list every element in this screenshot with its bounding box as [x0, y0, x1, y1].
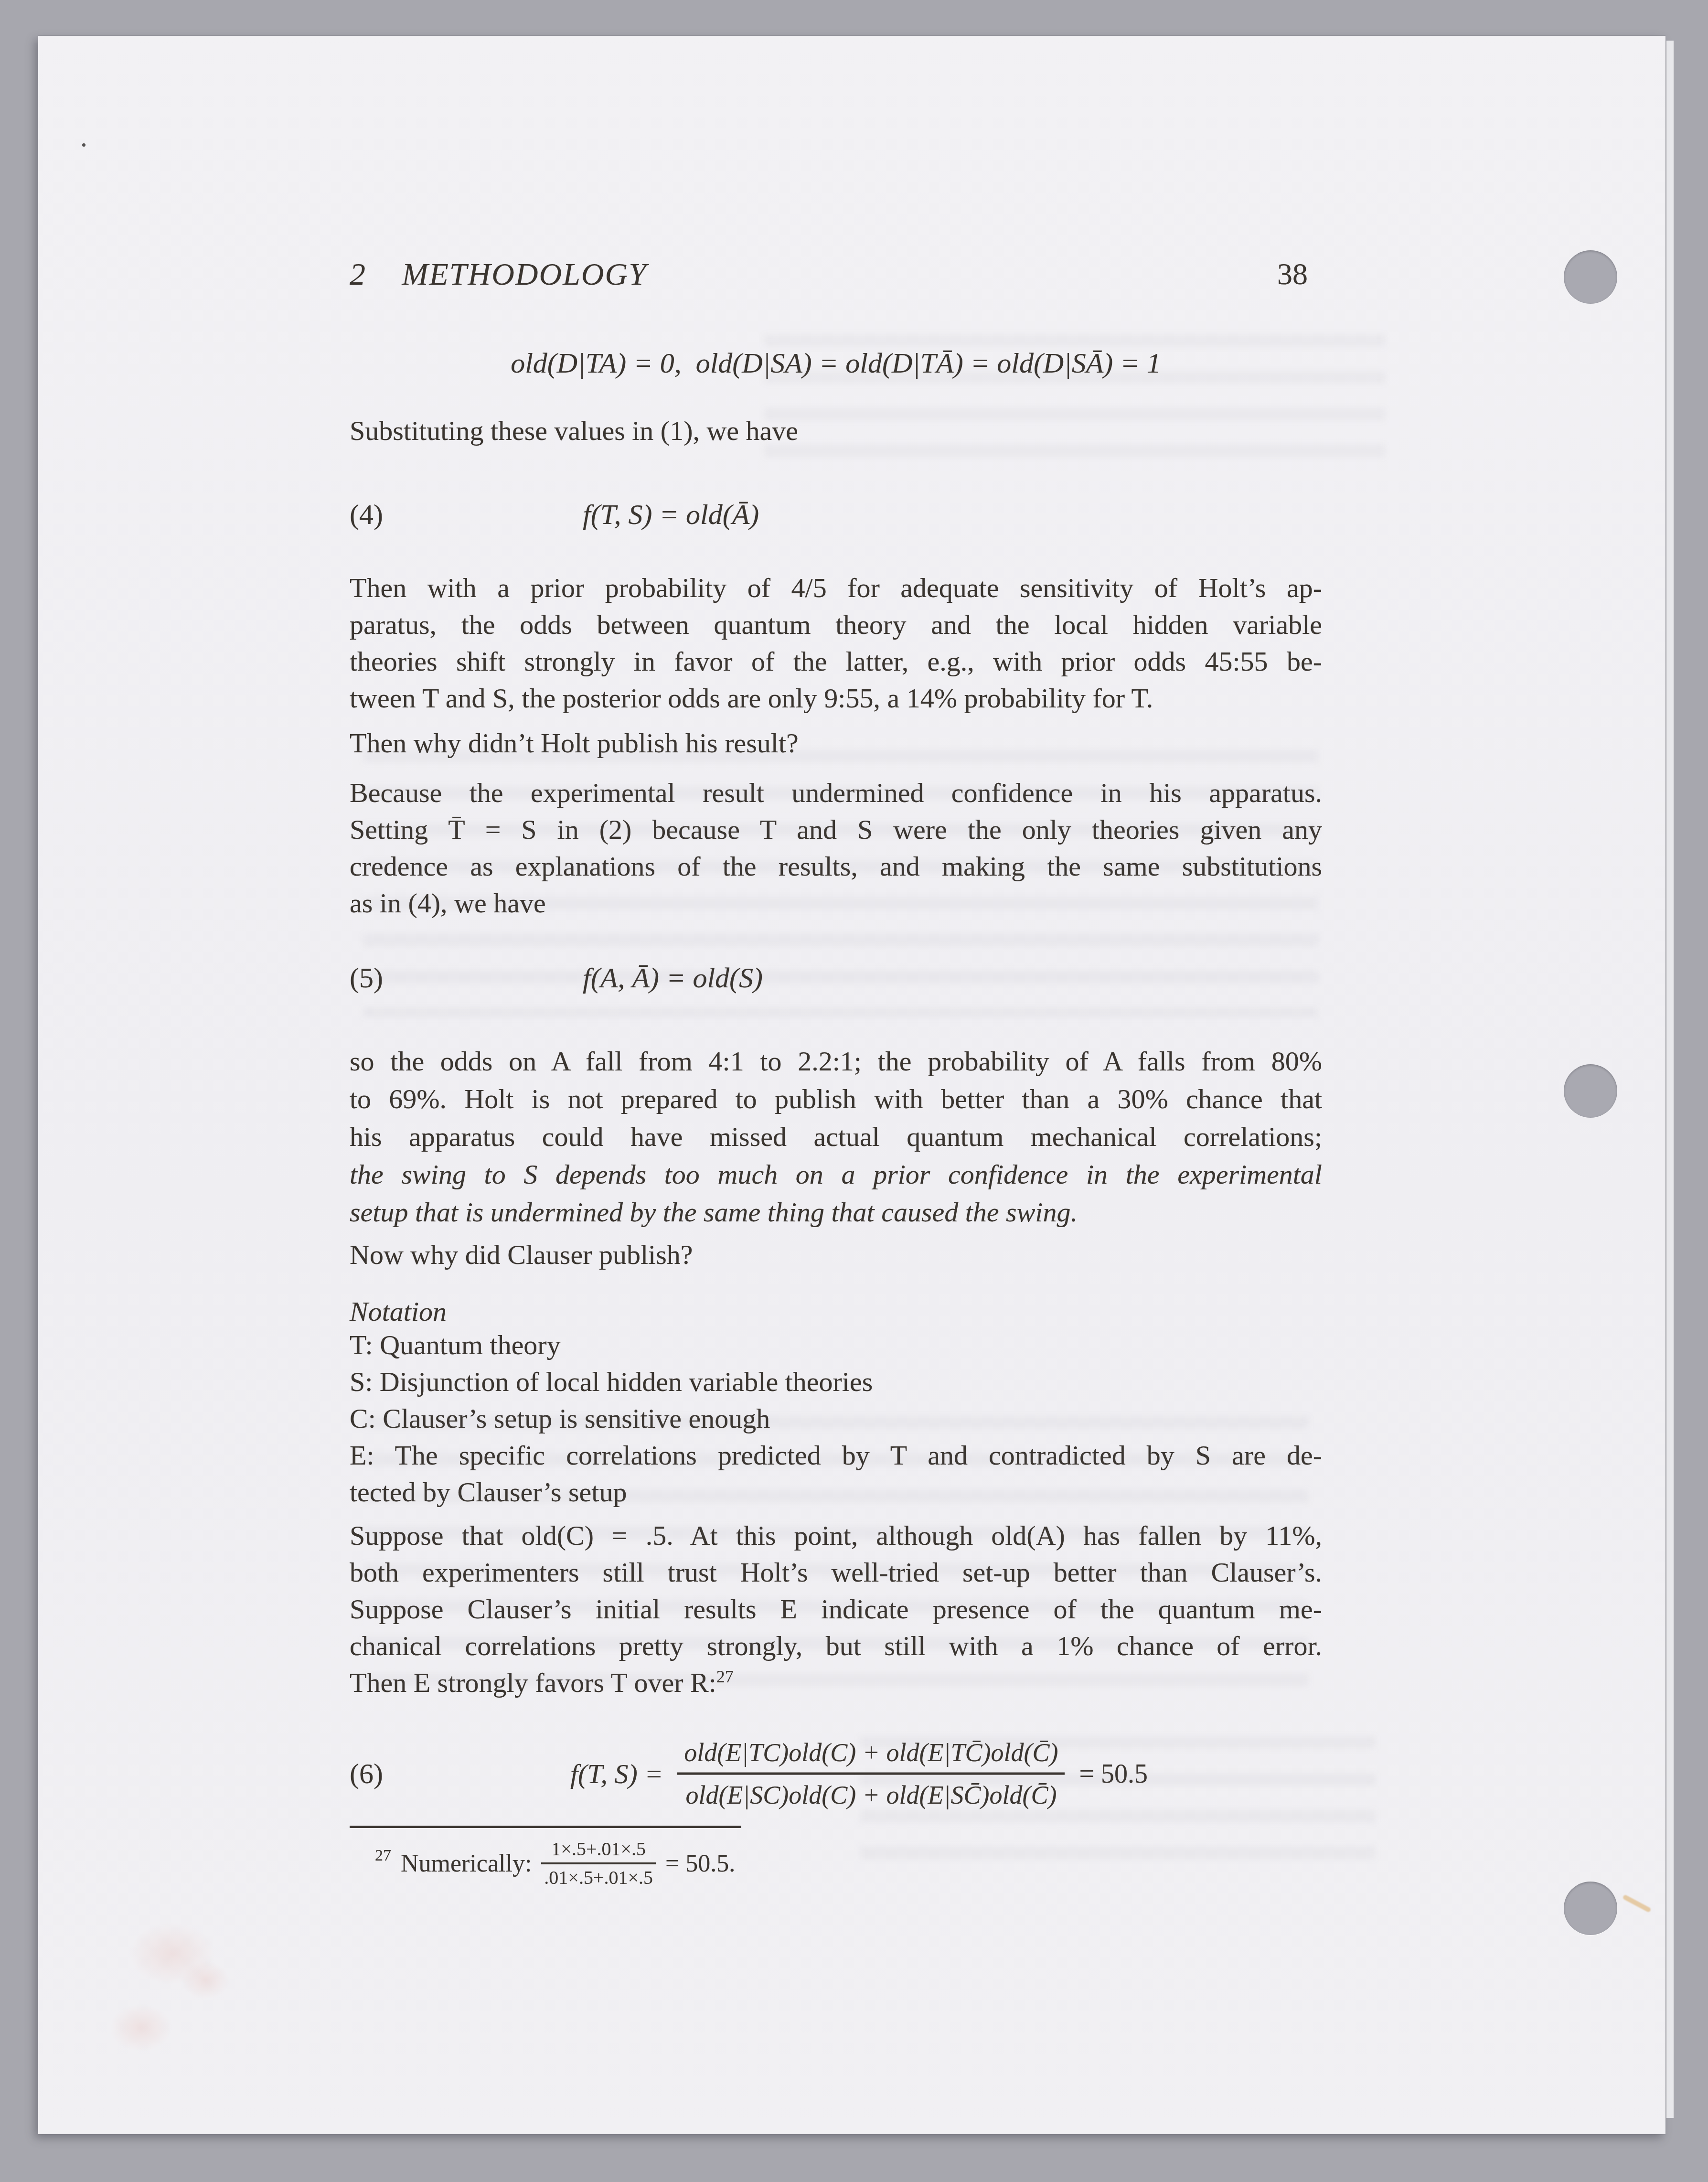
equation-6-body: f(T, S) = old(E|TC)old(C) + old(E|TC̄)ol… — [570, 1737, 1148, 1811]
footnote-numerator: 1×.5+.01×.5 — [548, 1838, 649, 1861]
section-title: METHODOLOGY — [402, 257, 647, 292]
page-number: 38 — [1277, 257, 1308, 292]
text-line: both experimenters still trust Holt’s we… — [350, 1554, 1322, 1591]
text-line: Then with a prior probability of 4/5 for… — [350, 569, 1322, 606]
text-line: as in (4), we have — [350, 885, 1322, 921]
equation-4-body: f(T, S) = old(Ā) — [583, 491, 759, 538]
equation-6-denominator: old(E|SC)old(C) + old(E|SC̄)old(C̄) — [679, 1779, 1063, 1811]
equation-5: (5) f(A, Ā) = old(S) — [350, 954, 1322, 1002]
running-header: 2 METHODOLOGY 38 — [350, 257, 1322, 293]
question-clauser: Now why did Clauser publish? — [350, 1236, 1322, 1273]
text-line: theories shift strongly in favor of the … — [350, 643, 1322, 680]
text-line: Because the experimental result undermin… — [350, 774, 1322, 811]
text-line: credence as explanations of the results,… — [350, 848, 1322, 885]
text-line-italic: setup that is undermined by the same thi… — [350, 1193, 1322, 1231]
footnote-denominator: .01×.5+.01×.5 — [541, 1866, 656, 1889]
paragraph-because: Because the experimental result undermin… — [350, 774, 1322, 921]
equation-4: (4) f(T, S) = old(Ā) — [350, 491, 1322, 538]
pink-smudge — [129, 1923, 215, 1985]
text-line: Suppose that old(C) = .5. At this point,… — [350, 1517, 1322, 1554]
fraction-bar — [541, 1862, 656, 1864]
equation-5-body: f(A, Ā) = old(S) — [583, 954, 763, 1002]
document-page: 2 METHODOLOGY 38 old(D|TA) = 0, old(D|SA… — [38, 36, 1665, 2134]
hole-punch-middle — [1564, 1064, 1617, 1118]
notation-item-E-cont: tected by Clauser’s setup — [350, 1474, 1322, 1510]
pink-smudge — [181, 1961, 229, 1999]
footnote-reference: 27 — [716, 1667, 734, 1686]
footnote-label: Numerically: — [401, 1850, 532, 1878]
question-holt: Then why didn’t Holt publish his result? — [350, 725, 1322, 761]
equation-6-label: (6) — [350, 1757, 383, 1790]
hole-punch-top — [1564, 250, 1617, 304]
equation-6-numerator: old(E|TC)old(C) + old(E|TC̄)old(C̄) — [677, 1737, 1065, 1768]
text-line: so the odds on A fall from 4:1 to 2.2:1;… — [350, 1042, 1322, 1080]
text-line-italic: the swing to S depends too much on a pri… — [350, 1155, 1322, 1193]
equation-conditionals: old(D|TA) = 0, old(D|SA) = old(D|TĀ) = o… — [350, 342, 1322, 385]
footnote-rule — [350, 1826, 741, 1828]
hole-punch-bottom — [1564, 1882, 1617, 1935]
text-fragment: Then E strongly favors T over R: — [350, 1667, 716, 1698]
text-line: to 69%. Holt is not prepared to publish … — [350, 1080, 1322, 1118]
notation-item-S: S: Disjunction of local hidden variable … — [350, 1363, 1322, 1400]
section-number: 2 — [350, 257, 366, 292]
scan-background: 2 METHODOLOGY 38 old(D|TA) = 0, old(D|SA… — [0, 0, 1708, 2182]
equation-4-label: (4) — [350, 491, 383, 538]
notation-item-E: E: The specific correlations predicted b… — [350, 1437, 1322, 1474]
notation-list: T: Quantum theory S: Disjunction of loca… — [350, 1326, 1322, 1510]
footnote-marker: 27 — [375, 1847, 391, 1865]
notation-heading: Notation — [350, 1293, 1322, 1330]
ink-speck — [82, 143, 85, 147]
text-line: Setting T̄ = S in (2) because T and S we… — [350, 811, 1322, 848]
text-line: his apparatus could have missed actual q… — [350, 1118, 1322, 1155]
substituting-line: Substituting these values in (1), we hav… — [350, 412, 1322, 449]
text-line: paratus, the odds between quantum theory… — [350, 606, 1322, 643]
text-line: chanical correlations pretty strongly, b… — [350, 1627, 1322, 1664]
equation-6-fraction: old(E|TC)old(C) + old(E|TC̄)old(C̄) old(… — [677, 1737, 1065, 1811]
text-line: tween T and S, the posterior odds are on… — [350, 680, 1322, 717]
equation-6-result: = 50.5 — [1079, 1758, 1148, 1789]
equation-5-label: (5) — [350, 954, 383, 1002]
footnote: 27 Numerically: 1×.5+.01×.5 .01×.5+.01×.… — [375, 1838, 735, 1889]
notation-item-T: T: Quantum theory — [350, 1326, 1322, 1363]
paragraph-prior-odds: Then with a prior probability of 4/5 for… — [350, 569, 1322, 717]
pink-smudge — [110, 2004, 172, 2052]
footnote-fraction: 1×.5+.01×.5 .01×.5+.01×.5 — [541, 1838, 656, 1889]
text-line-with-footnote-ref: Then E strongly favors T over R:27 — [350, 1664, 1322, 1701]
text-line: Suppose Clauser’s initial results E indi… — [350, 1591, 1322, 1627]
footnote-result: = 50.5. — [665, 1850, 735, 1878]
paragraph-odds-fall: so the odds on A fall from 4:1 to 2.2:1;… — [350, 1042, 1322, 1231]
paper-fibre-mark — [1622, 1894, 1651, 1913]
fraction-bar — [677, 1773, 1065, 1775]
equation-6-lhs: f(T, S) = — [570, 1758, 663, 1790]
paragraph-suppose: Suppose that old(C) = .5. At this point,… — [350, 1517, 1322, 1701]
equation-6: (6) f(T, S) = old(E|TC)old(C) + old(E|TC… — [350, 1707, 1322, 1840]
notation-item-C: C: Clauser’s setup is sensitive enough — [350, 1400, 1322, 1437]
